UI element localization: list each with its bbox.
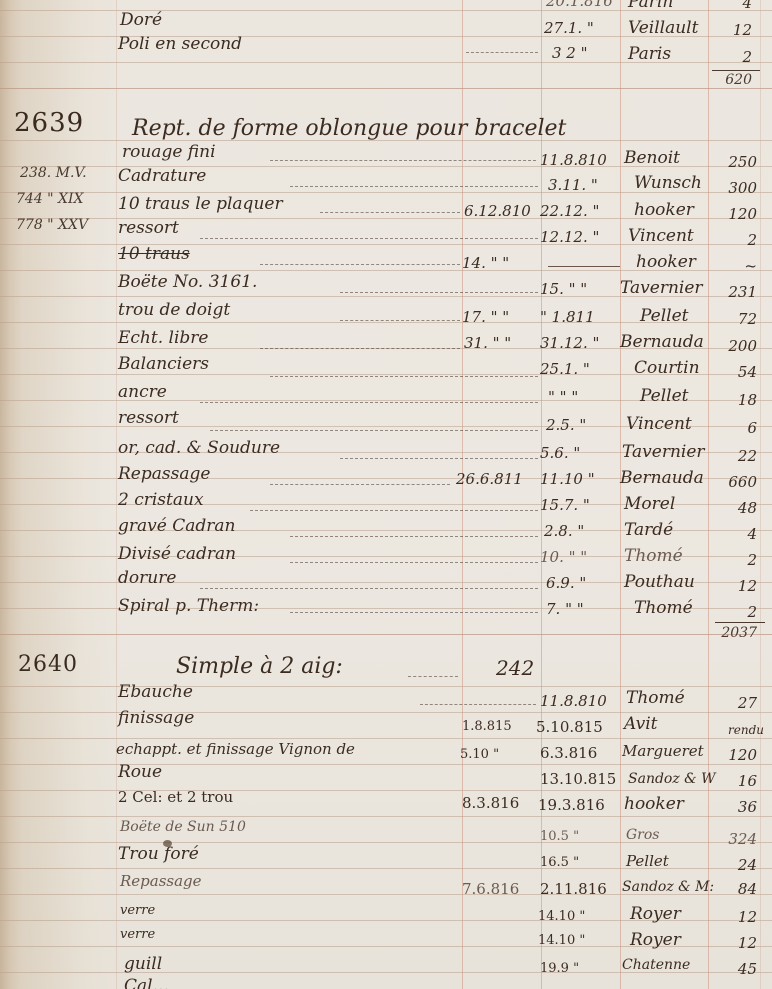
row-amount: 12 bbox=[705, 936, 757, 951]
row-finish-date: 10.5 " bbox=[540, 830, 579, 843]
row-finish-date: 3 2 " bbox=[552, 46, 588, 61]
row-finish-date: 14.10 " bbox=[538, 934, 585, 947]
row-amount: 4 bbox=[705, 527, 757, 542]
ledger-page: Doré 20.1.816 Parin 4 27.1. " Veillault … bbox=[0, 0, 772, 989]
row-amount: 54 bbox=[705, 365, 757, 380]
page-gutter-shadow bbox=[0, 0, 120, 989]
row-amount: ~ bbox=[705, 259, 757, 274]
row-worker: Morel bbox=[624, 496, 675, 513]
row-finish-date: 11.8.810 bbox=[540, 153, 607, 168]
row-description: gravé Cadran bbox=[118, 518, 235, 535]
entry-number: 2639 bbox=[14, 110, 84, 136]
row-worker: Thomé bbox=[634, 600, 693, 617]
row-finish-date: 20.1.816 bbox=[546, 0, 613, 9]
row-description: 2 Cel: et 2 trou bbox=[118, 790, 233, 805]
row-worker: Avit bbox=[624, 716, 657, 733]
row-finish-date: 31.12. " bbox=[540, 336, 599, 351]
row-start-date: 8.3.816 bbox=[462, 796, 519, 811]
subtotal-rule bbox=[715, 622, 765, 623]
row-amount: 16 bbox=[705, 774, 757, 789]
row-worker: Bernauda bbox=[620, 470, 704, 487]
row-amount: 2 bbox=[700, 50, 752, 65]
row-amount: 324 bbox=[705, 832, 757, 847]
row-amount: 231 bbox=[705, 285, 757, 300]
row-description: Repassage bbox=[120, 874, 202, 889]
row-worker: Parin bbox=[628, 0, 673, 11]
row-description: Doré bbox=[120, 12, 162, 29]
row-amount: 45 bbox=[705, 962, 757, 977]
row-worker: Tavernier bbox=[620, 280, 703, 297]
row-worker: hooker bbox=[636, 254, 696, 271]
row-finish-date: 7. " " bbox=[546, 602, 584, 617]
row-description: trou de doigt bbox=[118, 302, 230, 319]
row-worker: Vincent bbox=[628, 228, 694, 245]
row-finish-date: 2.5. " bbox=[546, 418, 586, 433]
row-worker: hooker bbox=[624, 796, 684, 813]
row-description: verre bbox=[120, 904, 155, 917]
row-reference: 778 " XXV bbox=[16, 218, 88, 232]
row-worker: Sandoz & W bbox=[628, 772, 715, 786]
row-finish-date: 27.1. " bbox=[544, 21, 594, 36]
row-worker: Margueret bbox=[622, 744, 704, 759]
entry-title: Simple à 2 aig: bbox=[176, 656, 343, 678]
row-description: Echt. libre bbox=[118, 330, 208, 347]
entry-number: 2640 bbox=[18, 654, 78, 676]
row-finish-date: 15. " " bbox=[540, 282, 587, 297]
row-finish-date: " 1.811 bbox=[540, 310, 595, 325]
row-description: 10 traus le plaquer bbox=[118, 196, 283, 213]
row-description: Poli en second bbox=[118, 36, 242, 53]
row-amount: 6 bbox=[705, 421, 757, 436]
row-description: ressort bbox=[118, 410, 179, 427]
row-amount: 72 bbox=[705, 312, 757, 327]
entry-total: 2037 bbox=[705, 626, 757, 640]
row-amount: 22 bbox=[705, 449, 757, 464]
row-finish-date: 15.7. " bbox=[540, 498, 590, 513]
row-finish-date: 19.9 " bbox=[540, 962, 579, 975]
row-worker: Gros bbox=[626, 828, 660, 842]
row-amount: 18 bbox=[705, 393, 757, 408]
row-description: ancre bbox=[118, 384, 167, 401]
row-amount: rendu bbox=[712, 724, 764, 736]
row-worker: Bernauda bbox=[620, 334, 704, 351]
row-reference: 238. M.V. bbox=[20, 166, 87, 180]
row-amount: 12 bbox=[700, 23, 752, 38]
row-worker: Paris bbox=[628, 46, 671, 63]
row-amount: 120 bbox=[705, 748, 757, 763]
row-amount: 2 bbox=[705, 605, 757, 620]
blank-rule bbox=[548, 266, 620, 267]
row-finish-date: 2.11.816 bbox=[540, 882, 607, 897]
row-amount: 2 bbox=[705, 233, 757, 248]
row-description: 2 cristaux bbox=[118, 492, 204, 509]
row-finish-date: 22.12. " bbox=[540, 204, 599, 219]
row-description: Roue bbox=[118, 764, 162, 781]
row-description: Ebauche bbox=[118, 684, 193, 701]
row-finish-date: 11.10 " bbox=[540, 472, 595, 487]
row-finish-date: 2.8. " bbox=[544, 524, 584, 539]
row-start-date: 5.10 " bbox=[460, 748, 499, 761]
row-worker: Veillault bbox=[628, 20, 698, 37]
row-amount: 84 bbox=[705, 882, 757, 897]
row-description: finissage bbox=[118, 710, 194, 727]
row-finish-date: 12.12. " bbox=[540, 230, 599, 245]
row-finish-date: 3.11. " bbox=[548, 178, 598, 193]
row-amount: 12 bbox=[705, 579, 757, 594]
row-description: guill bbox=[124, 956, 162, 973]
row-worker: Thomé bbox=[626, 690, 685, 707]
row-worker: Chatenne bbox=[622, 958, 690, 972]
row-description: Boëte de Sun 510 bbox=[120, 820, 246, 834]
row-finish-date: 5.6. " bbox=[540, 446, 580, 461]
row-amount: 12 bbox=[705, 910, 757, 925]
row-description: Boëte No. 3161. bbox=[118, 274, 257, 291]
row-finish-date: 16.5 " bbox=[540, 856, 579, 869]
row-worker: Benoit bbox=[624, 150, 680, 167]
row-finish-date: 6.3.816 bbox=[540, 746, 597, 761]
row-description: Cal... bbox=[124, 978, 169, 989]
row-amount: 4 bbox=[700, 0, 752, 11]
row-amount: 24 bbox=[705, 858, 757, 873]
entry-title-price: 242 bbox=[496, 658, 534, 678]
row-amount: 36 bbox=[705, 800, 757, 815]
row-amount: 48 bbox=[705, 501, 757, 516]
row-amount: 660 bbox=[705, 475, 757, 490]
row-worker: Royer bbox=[630, 906, 681, 923]
row-worker: Courtin bbox=[634, 360, 700, 377]
row-start-date: 26.6.811 bbox=[456, 472, 523, 487]
row-description: Divisé cadran bbox=[118, 546, 236, 563]
row-finish-date: 6.9. " bbox=[546, 576, 586, 591]
row-worker: Vincent bbox=[626, 416, 692, 433]
row-start-date: 31. " " bbox=[464, 336, 511, 351]
row-worker: Pellet bbox=[640, 388, 689, 405]
row-description: Balanciers bbox=[118, 356, 209, 373]
row-amount: 250 bbox=[705, 155, 757, 170]
row-worker: Wunsch bbox=[634, 175, 702, 192]
row-finish-date: 5.10.815 bbox=[536, 720, 603, 735]
row-start-date: 7.6.816 bbox=[462, 882, 519, 897]
row-description: ressort bbox=[118, 220, 179, 237]
entry-title: Rept. de forme oblongue pour bracelet bbox=[132, 118, 566, 140]
row-worker: Pellet bbox=[626, 854, 669, 869]
row-description: or, cad. & Soudure bbox=[118, 440, 280, 457]
row-finish-date: 10. " " bbox=[540, 550, 587, 565]
row-amount: 27 bbox=[705, 696, 757, 711]
subtotal-rule bbox=[712, 70, 760, 71]
row-worker: Pouthau bbox=[624, 574, 695, 591]
row-description: Repassage bbox=[118, 466, 210, 483]
row-finish-date: 19.3.816 bbox=[538, 798, 605, 813]
row-worker: Tardé bbox=[624, 522, 673, 539]
row-description: verre bbox=[120, 928, 155, 941]
row-description: Spiral p. Therm: bbox=[118, 598, 259, 615]
row-finish-date: 13.10.815 bbox=[540, 772, 616, 787]
row-finish-date: 25.1. " bbox=[540, 362, 590, 377]
row-reference: 744 " XIX bbox=[16, 192, 84, 206]
row-worker: Sandoz & M: bbox=[622, 880, 714, 894]
row-worker: Pellet bbox=[640, 308, 689, 325]
row-start-date: 6.12.810 bbox=[464, 204, 531, 219]
row-description: 10 traus bbox=[118, 246, 190, 263]
row-start-date: 1.8.815 bbox=[462, 720, 512, 733]
row-description: dorure bbox=[118, 570, 176, 587]
row-amount: 300 bbox=[705, 181, 757, 196]
row-description: Trou foré bbox=[118, 846, 199, 863]
row-amount: 120 bbox=[705, 207, 757, 222]
row-finish-date: 11.8.810 bbox=[540, 694, 607, 709]
row-description: Cadrature bbox=[118, 168, 206, 185]
row-amount: 200 bbox=[705, 339, 757, 354]
row-worker: Tavernier bbox=[622, 444, 705, 461]
row-finish-date: " " " bbox=[548, 390, 578, 405]
row-worker: hooker bbox=[634, 202, 694, 219]
row-finish-date: 14.10 " bbox=[538, 910, 585, 923]
ink-blot bbox=[163, 840, 172, 847]
row-start-date: 17. " " bbox=[462, 310, 509, 325]
row-worker: Thomé bbox=[624, 548, 683, 565]
row-start-date: 14. " " bbox=[462, 256, 509, 271]
row-worker: Royer bbox=[630, 932, 681, 949]
row-amount: 2 bbox=[705, 553, 757, 568]
row-description: echappt. et finissage Vignon de bbox=[116, 742, 355, 757]
top-total: 620 bbox=[700, 73, 752, 87]
row-description: rouage fini bbox=[122, 144, 216, 161]
